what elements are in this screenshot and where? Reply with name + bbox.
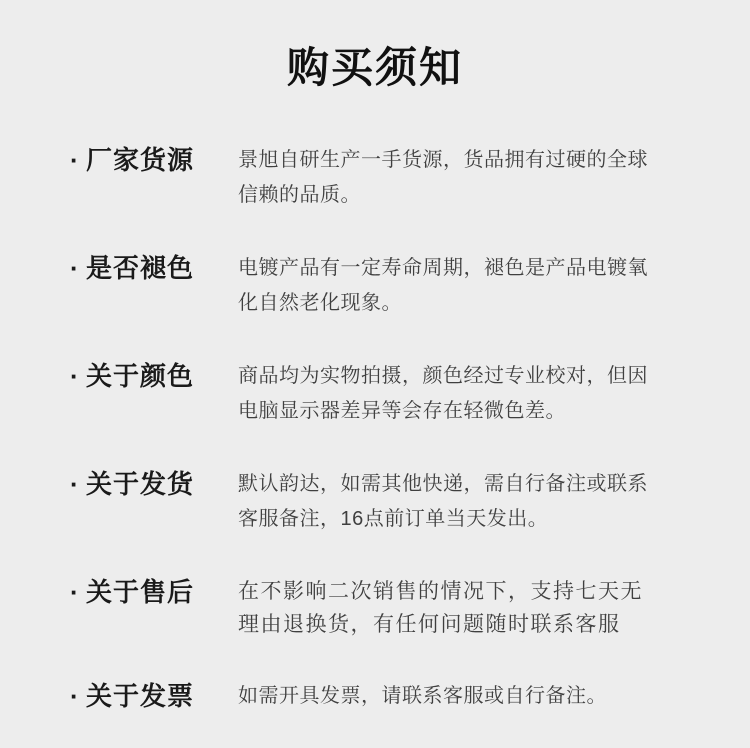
notice-label: 厂家货源: [86, 143, 238, 178]
notice-row-invoice: · 关于发票 如需开具发票，请联系客服或自行备注。: [0, 679, 750, 714]
notice-row-shipping: · 关于发货 默认韵达，如需其他快递，需自行备注或联系 客服备注，16点前订单当…: [0, 467, 750, 537]
bullet-icon: ·: [70, 575, 86, 610]
notice-body: 在不影响二次销售的情况下，支持七天无 理由退换货，有任何问题随时联系客服: [238, 575, 670, 641]
bullet-icon: ·: [70, 143, 86, 178]
notice-body: 默认韵达，如需其他快递，需自行备注或联系 客服备注，16点前订单当天发出。: [238, 467, 670, 537]
notice-list: · 厂家货源 景旭自研生产一手货源，货品拥有过硬的全球 信赖的品质。 · 是否褪…: [0, 143, 750, 714]
notice-body: 商品均为实物拍摄，颜色经过专业校对，但因 电脑显示器差异等会存在轻微色差。: [238, 359, 670, 429]
bullet-icon: ·: [70, 359, 86, 394]
notice-label: 关于颜色: [86, 359, 238, 394]
bullet-icon: ·: [70, 251, 86, 286]
notice-row-fading: · 是否褪色 电镀产品有一定寿命周期，褪色是产品电镀氧 化自然老化现象。: [0, 251, 750, 321]
notice-body: 如需开具发票，请联系客服或自行备注。: [238, 679, 670, 714]
notice-row-factory-source: · 厂家货源 景旭自研生产一手货源，货品拥有过硬的全球 信赖的品质。: [0, 143, 750, 213]
page-title: 购买须知: [0, 46, 750, 90]
notice-label: 关于发货: [86, 467, 238, 502]
bullet-icon: ·: [70, 467, 86, 502]
notice-label: 是否褪色: [86, 251, 238, 286]
bullet-icon: ·: [70, 679, 86, 714]
purchase-notice-panel: 购买须知 · 厂家货源 景旭自研生产一手货源，货品拥有过硬的全球 信赖的品质。 …: [0, 0, 750, 748]
notice-label: 关于售后: [86, 575, 238, 610]
notice-body: 电镀产品有一定寿命周期，褪色是产品电镀氧 化自然老化现象。: [238, 251, 670, 321]
notice-label: 关于发票: [86, 679, 238, 714]
notice-body: 景旭自研生产一手货源，货品拥有过硬的全球 信赖的品质。: [238, 143, 670, 213]
notice-row-after-sales: · 关于售后 在不影响二次销售的情况下，支持七天无 理由退换货，有任何问题随时联…: [0, 575, 750, 641]
notice-row-color: · 关于颜色 商品均为实物拍摄，颜色经过专业校对，但因 电脑显示器差异等会存在轻…: [0, 359, 750, 429]
